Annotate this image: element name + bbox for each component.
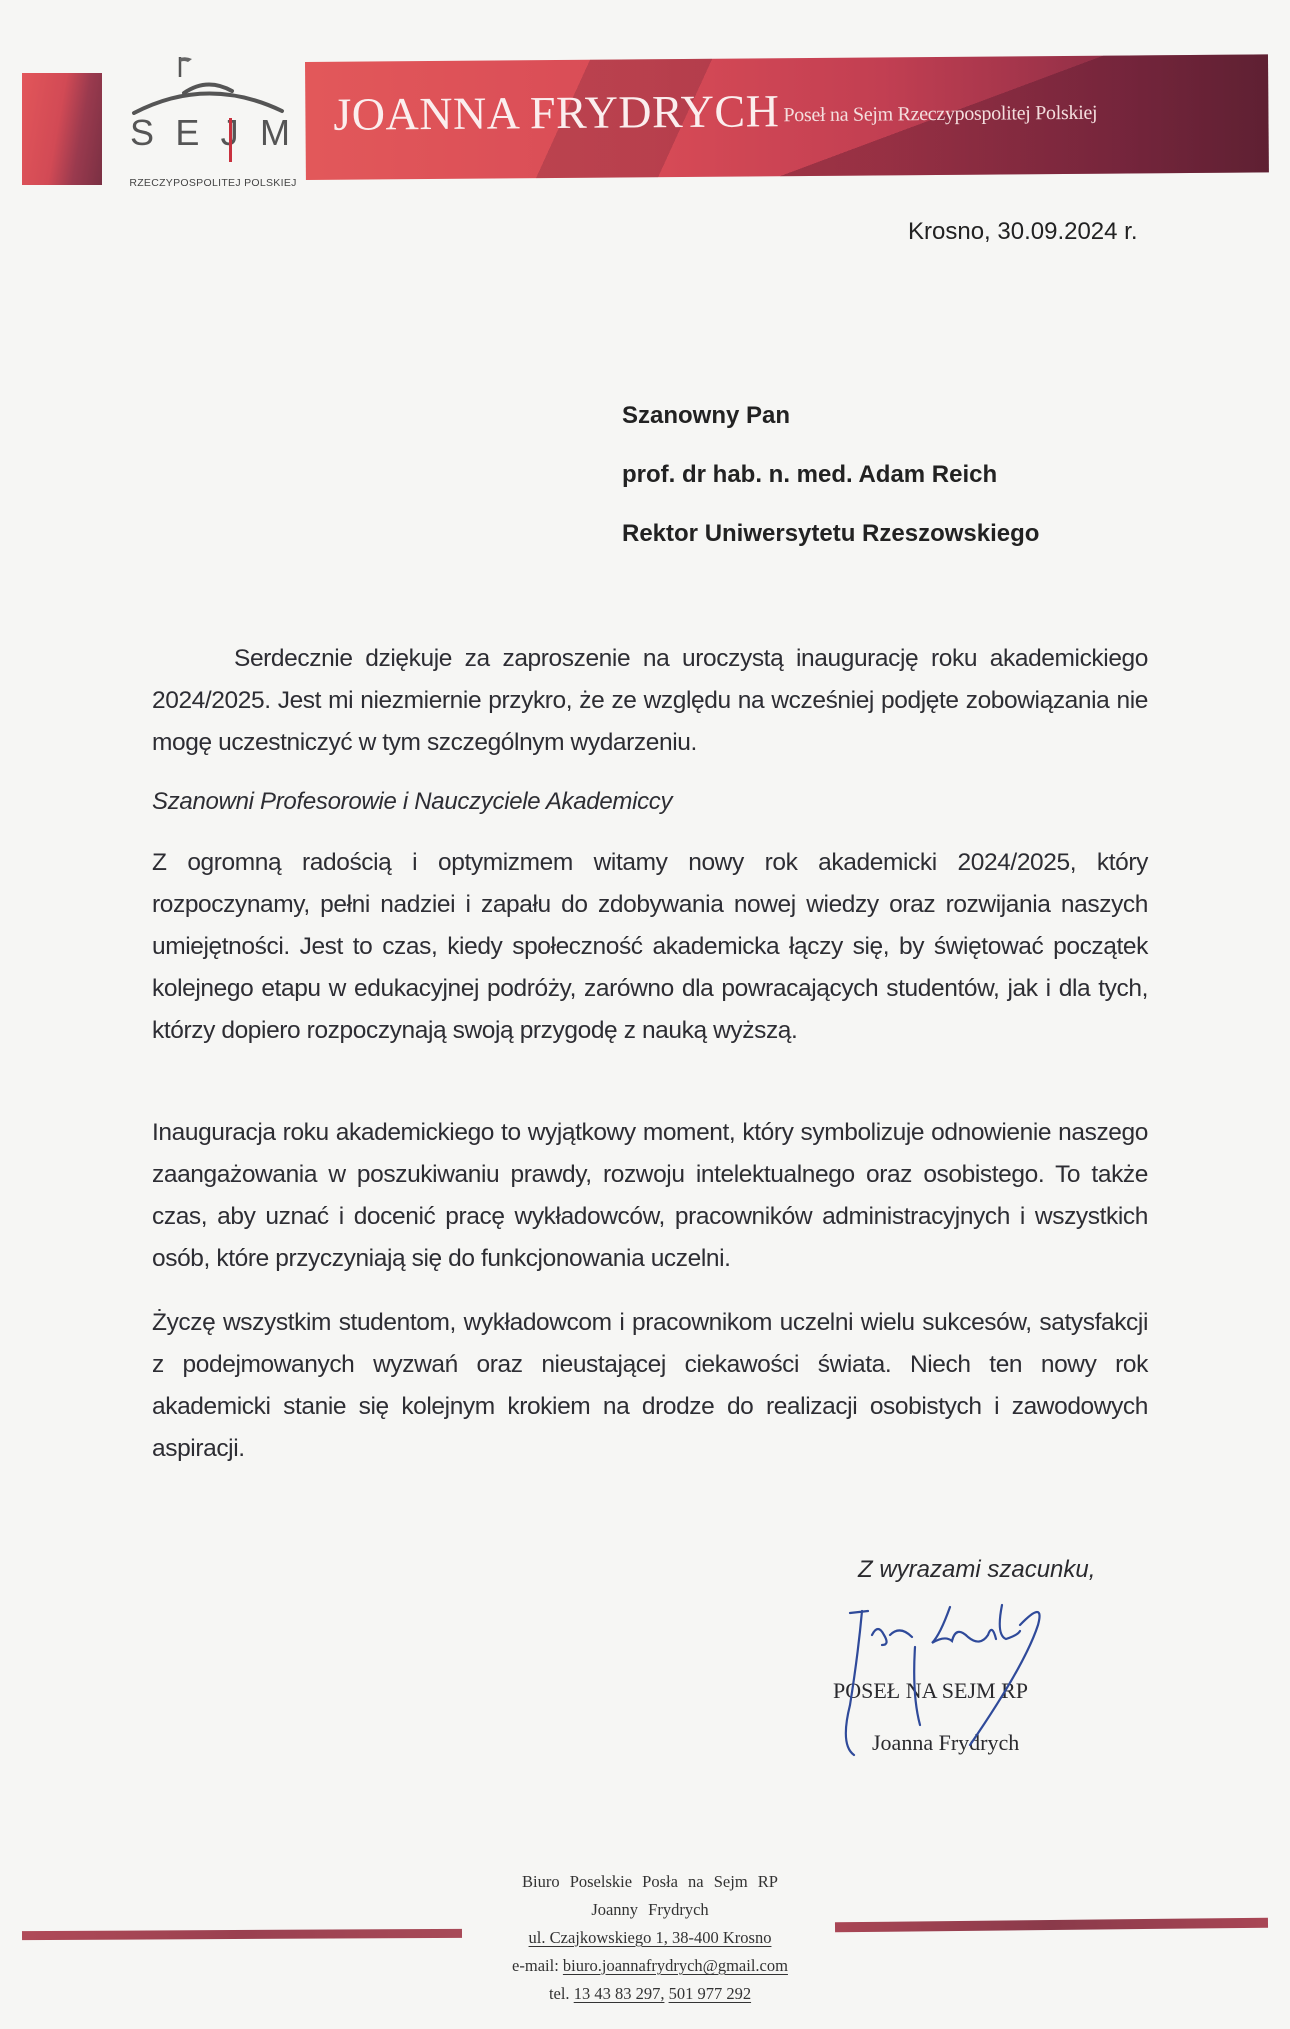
footer-phone-2[interactable]: 501 977 292 — [669, 1984, 752, 2003]
banner-title: Poseł na Sejm Rzeczypospolitej Polskiej — [783, 102, 1097, 127]
logo-letter: M — [260, 112, 290, 154]
logo-letter: E — [175, 112, 199, 154]
paragraph-1: Serdecznie dziękuje za zaproszenie na ur… — [152, 638, 1148, 764]
footer-contact: Biuro Poselskie Posła na Sejm RP Joanny … — [460, 1868, 840, 2008]
handwritten-signature-icon — [820, 1595, 1120, 1775]
sejm-wordmark: S E J M — [130, 112, 290, 154]
paragraph-4: Życzę wszystkim studentom, wykładowcom i… — [152, 1302, 1148, 1470]
recipient-position: Rektor Uniwersytetu Rzeszowskiego — [622, 520, 1039, 548]
recipient-salutation: Szanowny Pan — [622, 402, 790, 430]
header-banner: JOANNA FRYDRYCH Poseł na Sejm Rzeczyposp… — [305, 54, 1269, 180]
footer-tel-label: tel. — [549, 1984, 570, 2003]
footer-bar-left — [22, 1929, 462, 1940]
logo-letter: J — [221, 112, 239, 154]
sejm-dome-icon — [122, 55, 292, 115]
logo-letter: S — [130, 112, 154, 154]
footer-bar-right — [835, 1918, 1268, 1933]
greeting: Szanowni Profesorowie i Nauczyciele Akad… — [152, 788, 672, 816]
paragraph-2: Z ogromną radością i optymizmem witamy n… — [152, 842, 1148, 1052]
footer-address: ul. Czajkowskiego 1, 38-400 Krosno — [529, 1928, 772, 1947]
recipient-name: prof. dr hab. n. med. Adam Reich — [622, 461, 997, 489]
banner-name: JOANNA FRYDRYCH — [333, 84, 779, 141]
footer-phone-1[interactable]: 13 43 83 297, — [574, 1984, 665, 2003]
footer-email-label: e-mail: — [512, 1956, 559, 1975]
footer-office-owner: Joanny Frydrych — [460, 1896, 840, 1924]
sejm-logo: S E J M RZECZYPOSPOLITEJ POLSKIEJ — [122, 55, 292, 195]
paragraph-3: Inauguracja roku akademickiego to wyjątk… — [152, 1112, 1148, 1280]
header-left-accent-block — [22, 73, 102, 185]
letter-date: Krosno, 30.09.2024 r. — [908, 218, 1138, 246]
logo-subtitle: RZECZYPOSPOLITEJ POLSKIEJ — [128, 177, 298, 189]
footer-email-link[interactable]: biuro.joannafrydrych@gmail.com — [563, 1956, 788, 1975]
closing-text: Z wyrazami szacunku, — [858, 1556, 1095, 1584]
footer-office: Biuro Poselskie Posła na Sejm RP — [460, 1868, 840, 1896]
